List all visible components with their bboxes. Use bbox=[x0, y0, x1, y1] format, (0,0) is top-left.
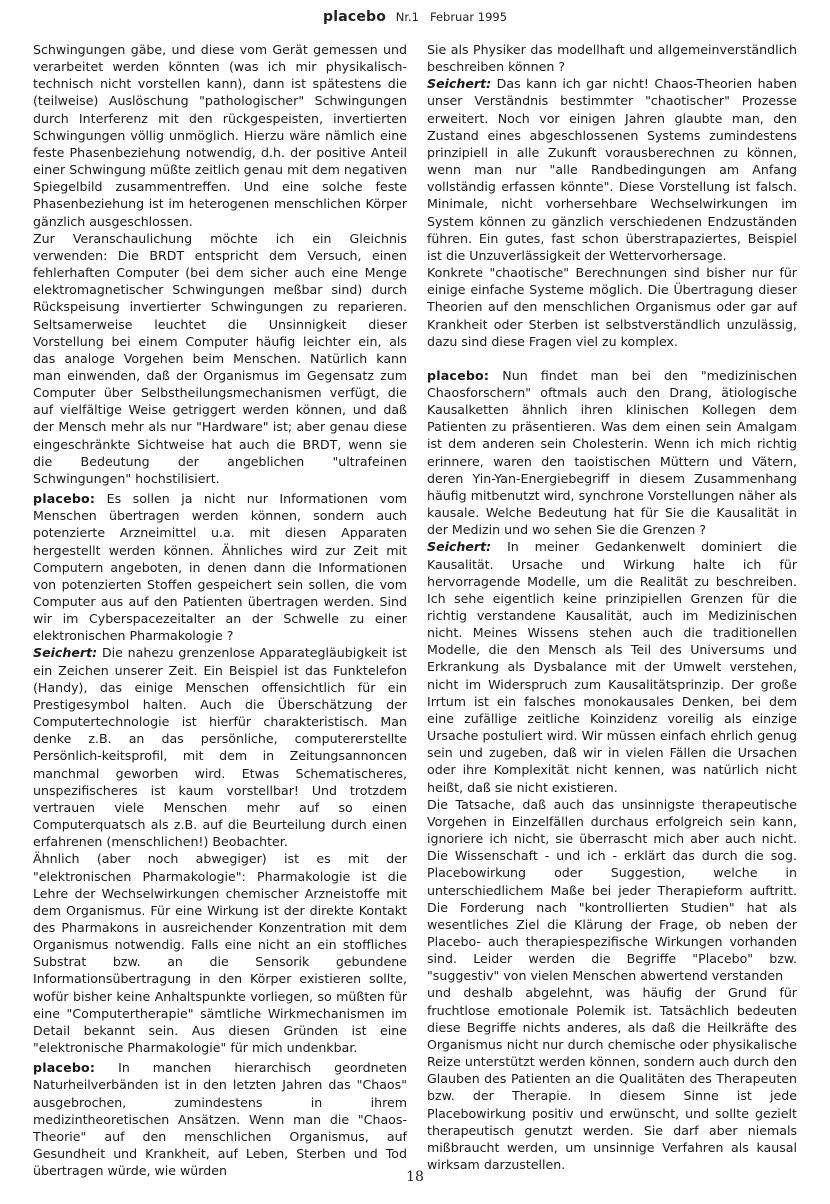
paragraph: Schwingungen gäbe, und diese vom Gerät g… bbox=[33, 41, 407, 230]
paragraph-text: Es sollen ja nicht nur Informationen vom… bbox=[33, 491, 407, 643]
paragraph-placebo-question: placebo: Es sollen ja nicht nur Informat… bbox=[33, 490, 407, 644]
paragraph-seichert-answer: Seichert: Das kann ich gar nicht! Chaos-… bbox=[427, 75, 797, 264]
magazine-logo: placebo bbox=[323, 9, 386, 25]
speaker-label: placebo: bbox=[33, 491, 95, 506]
paragraph-text: In meiner Gedankenwelt dominiert die Kau… bbox=[427, 539, 797, 794]
paragraph-text: Die nahezu grenzenlose Apparategläubigke… bbox=[33, 645, 407, 849]
paragraph-seichert-answer: Seichert: Die nahezu grenzenlose Apparat… bbox=[33, 644, 407, 850]
speaker-label: Seichert: bbox=[427, 76, 491, 91]
paragraph: Konkrete "chaotische" Berechnungen sind … bbox=[427, 264, 797, 350]
paragraph-text: Das kann ich gar nicht! Chaos-Theorien h… bbox=[427, 76, 797, 263]
running-header: placebo Nr.1 Februar 1995 bbox=[0, 9, 830, 25]
paragraph-text: und deshalb abgelehnt, was häufig der Gr… bbox=[427, 985, 797, 1172]
paragraph-text: Sie als Physiker das modellhaft und allg… bbox=[427, 42, 797, 74]
page-number: 18 bbox=[0, 1169, 830, 1185]
paragraph-text: Schwingungen gäbe, und diese vom Gerät g… bbox=[33, 42, 407, 229]
paragraph-text: Konkrete "chaotische" Berechnungen sind … bbox=[427, 265, 797, 349]
paragraph-text: Zur Veranschaulichung möchte ich ein Gle… bbox=[33, 231, 407, 486]
issue-date: Februar 1995 bbox=[430, 10, 507, 24]
paragraph: Ähnlich (aber noch abwegiger) ist es mit… bbox=[33, 850, 407, 1056]
paragraph: Sie als Physiker das modellhaft und allg… bbox=[427, 41, 797, 75]
speaker-label: placebo: bbox=[33, 1060, 95, 1075]
paragraph-placebo-question: placebo: In manchen hierarchisch geordne… bbox=[33, 1059, 407, 1179]
paragraph-text: Ähnlich (aber noch abwegiger) ist es mit… bbox=[33, 851, 407, 1055]
speaker-label: Seichert: bbox=[33, 645, 97, 660]
paragraph-seichert-answer: Seichert: In meiner Gedankenwelt dominie… bbox=[427, 538, 797, 795]
right-column: Sie als Physiker das modellhaft und allg… bbox=[427, 41, 797, 1173]
paragraph-text: Die Tatsache, daß auch das unsinnigste t… bbox=[427, 797, 797, 984]
paragraph: Die Tatsache, daß auch das unsinnigste t… bbox=[427, 796, 797, 985]
left-column: Schwingungen gäbe, und diese vom Gerät g… bbox=[33, 41, 407, 1179]
speaker-label: placebo: bbox=[427, 368, 489, 383]
paragraph-text: Nun findet man bei den "medizinischen Ch… bbox=[427, 368, 797, 537]
paragraph-text: In manchen hierarchisch geordneten Natur… bbox=[33, 1060, 407, 1178]
paragraph: Zur Veranschaulichung möchte ich ein Gle… bbox=[33, 230, 407, 487]
speaker-label: Seichert: bbox=[427, 539, 491, 554]
paragraph: und deshalb abgelehnt, was häufig der Gr… bbox=[427, 984, 797, 1173]
issue-number: Nr.1 bbox=[396, 10, 419, 24]
paragraph-placebo-question: placebo: Nun findet man bei den "medizin… bbox=[427, 367, 797, 539]
